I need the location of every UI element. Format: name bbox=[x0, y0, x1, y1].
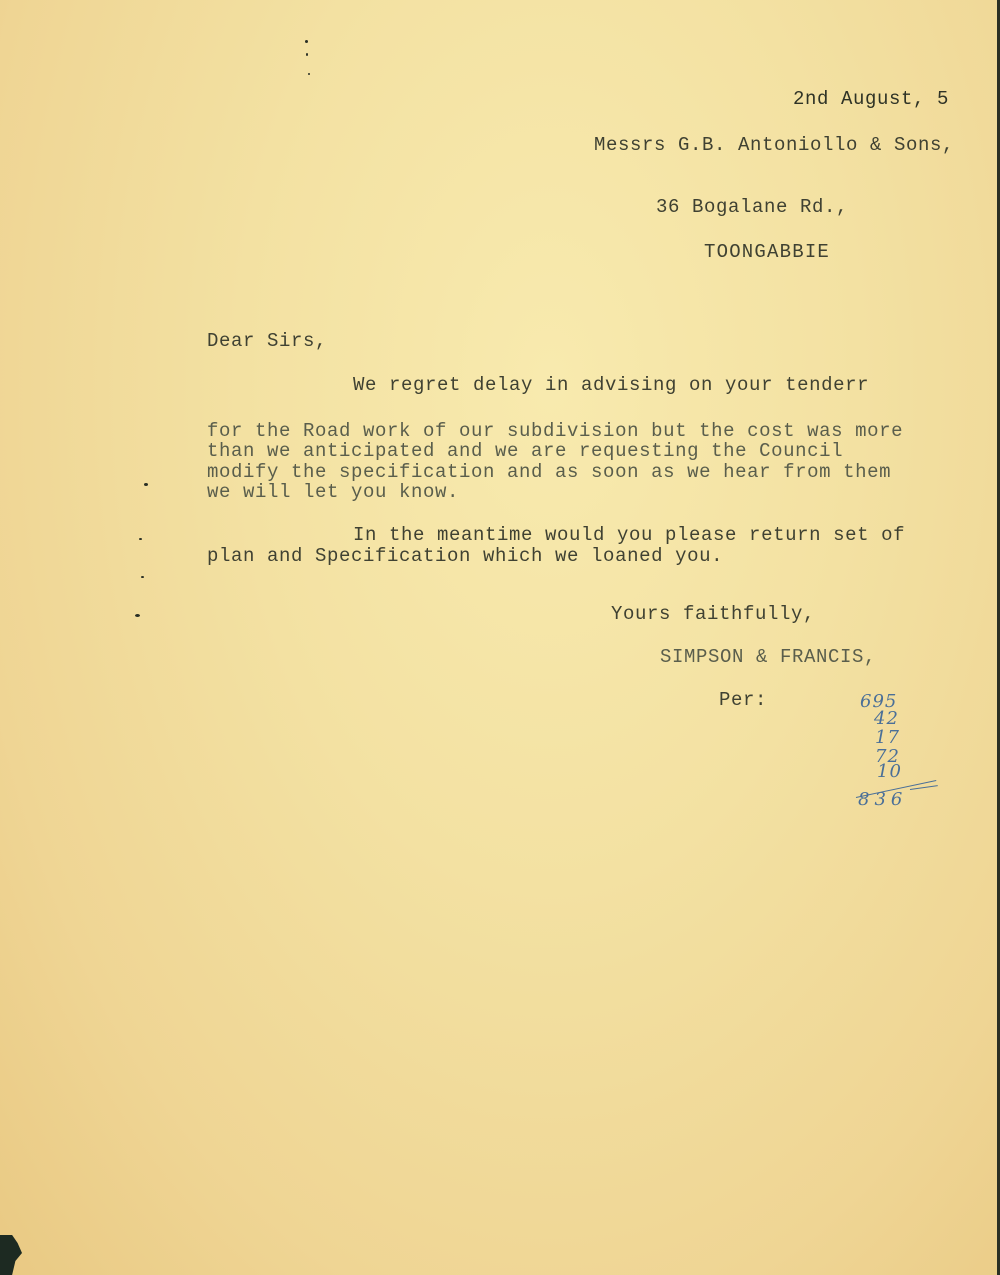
body-line: for the Road work of our subdivision but… bbox=[207, 420, 903, 442]
per-label: Per: bbox=[719, 689, 767, 711]
signatory: SIMPSON & FRANCIS, bbox=[660, 646, 876, 668]
recipient-street: 36 Bogalane Rd., bbox=[656, 196, 848, 218]
sum-dash bbox=[910, 785, 938, 790]
scanned-letter-page: 2nd August, 5 Messrs G.B. Antoniollo & S… bbox=[0, 0, 1000, 1275]
ink-speck bbox=[135, 614, 140, 617]
ink-speck bbox=[144, 483, 148, 486]
body-line: We regret delay in advising on your tend… bbox=[353, 374, 869, 396]
body-line: plan and Specification which we loaned y… bbox=[207, 545, 723, 567]
body-line: than we anticipated and we are requestin… bbox=[207, 440, 843, 462]
body-line: In the meantime would you please return … bbox=[353, 524, 905, 546]
torn-corner bbox=[0, 1235, 22, 1275]
ink-speck bbox=[305, 40, 308, 43]
recipient-town: TOONGABBIE bbox=[704, 241, 830, 263]
recipient-name: Messrs G.B. Antoniollo & Sons, bbox=[594, 134, 954, 156]
ink-speck bbox=[141, 576, 144, 578]
sum-addend: 42 bbox=[874, 709, 899, 728]
ink-speck bbox=[308, 73, 310, 75]
sum-total: 836 bbox=[858, 790, 907, 809]
body-line: modify the specification and as soon as … bbox=[207, 461, 891, 483]
ink-speck bbox=[139, 538, 142, 540]
ink-speck bbox=[306, 53, 308, 56]
sum-addend: 17 bbox=[875, 728, 900, 747]
sum-addend: 10 bbox=[877, 762, 902, 781]
letter-date: 2nd August, 5 bbox=[793, 88, 949, 110]
salutation: Dear Sirs, bbox=[207, 330, 327, 352]
body-line: we will let you know. bbox=[207, 481, 459, 503]
closing: Yours faithfully, bbox=[611, 603, 815, 625]
